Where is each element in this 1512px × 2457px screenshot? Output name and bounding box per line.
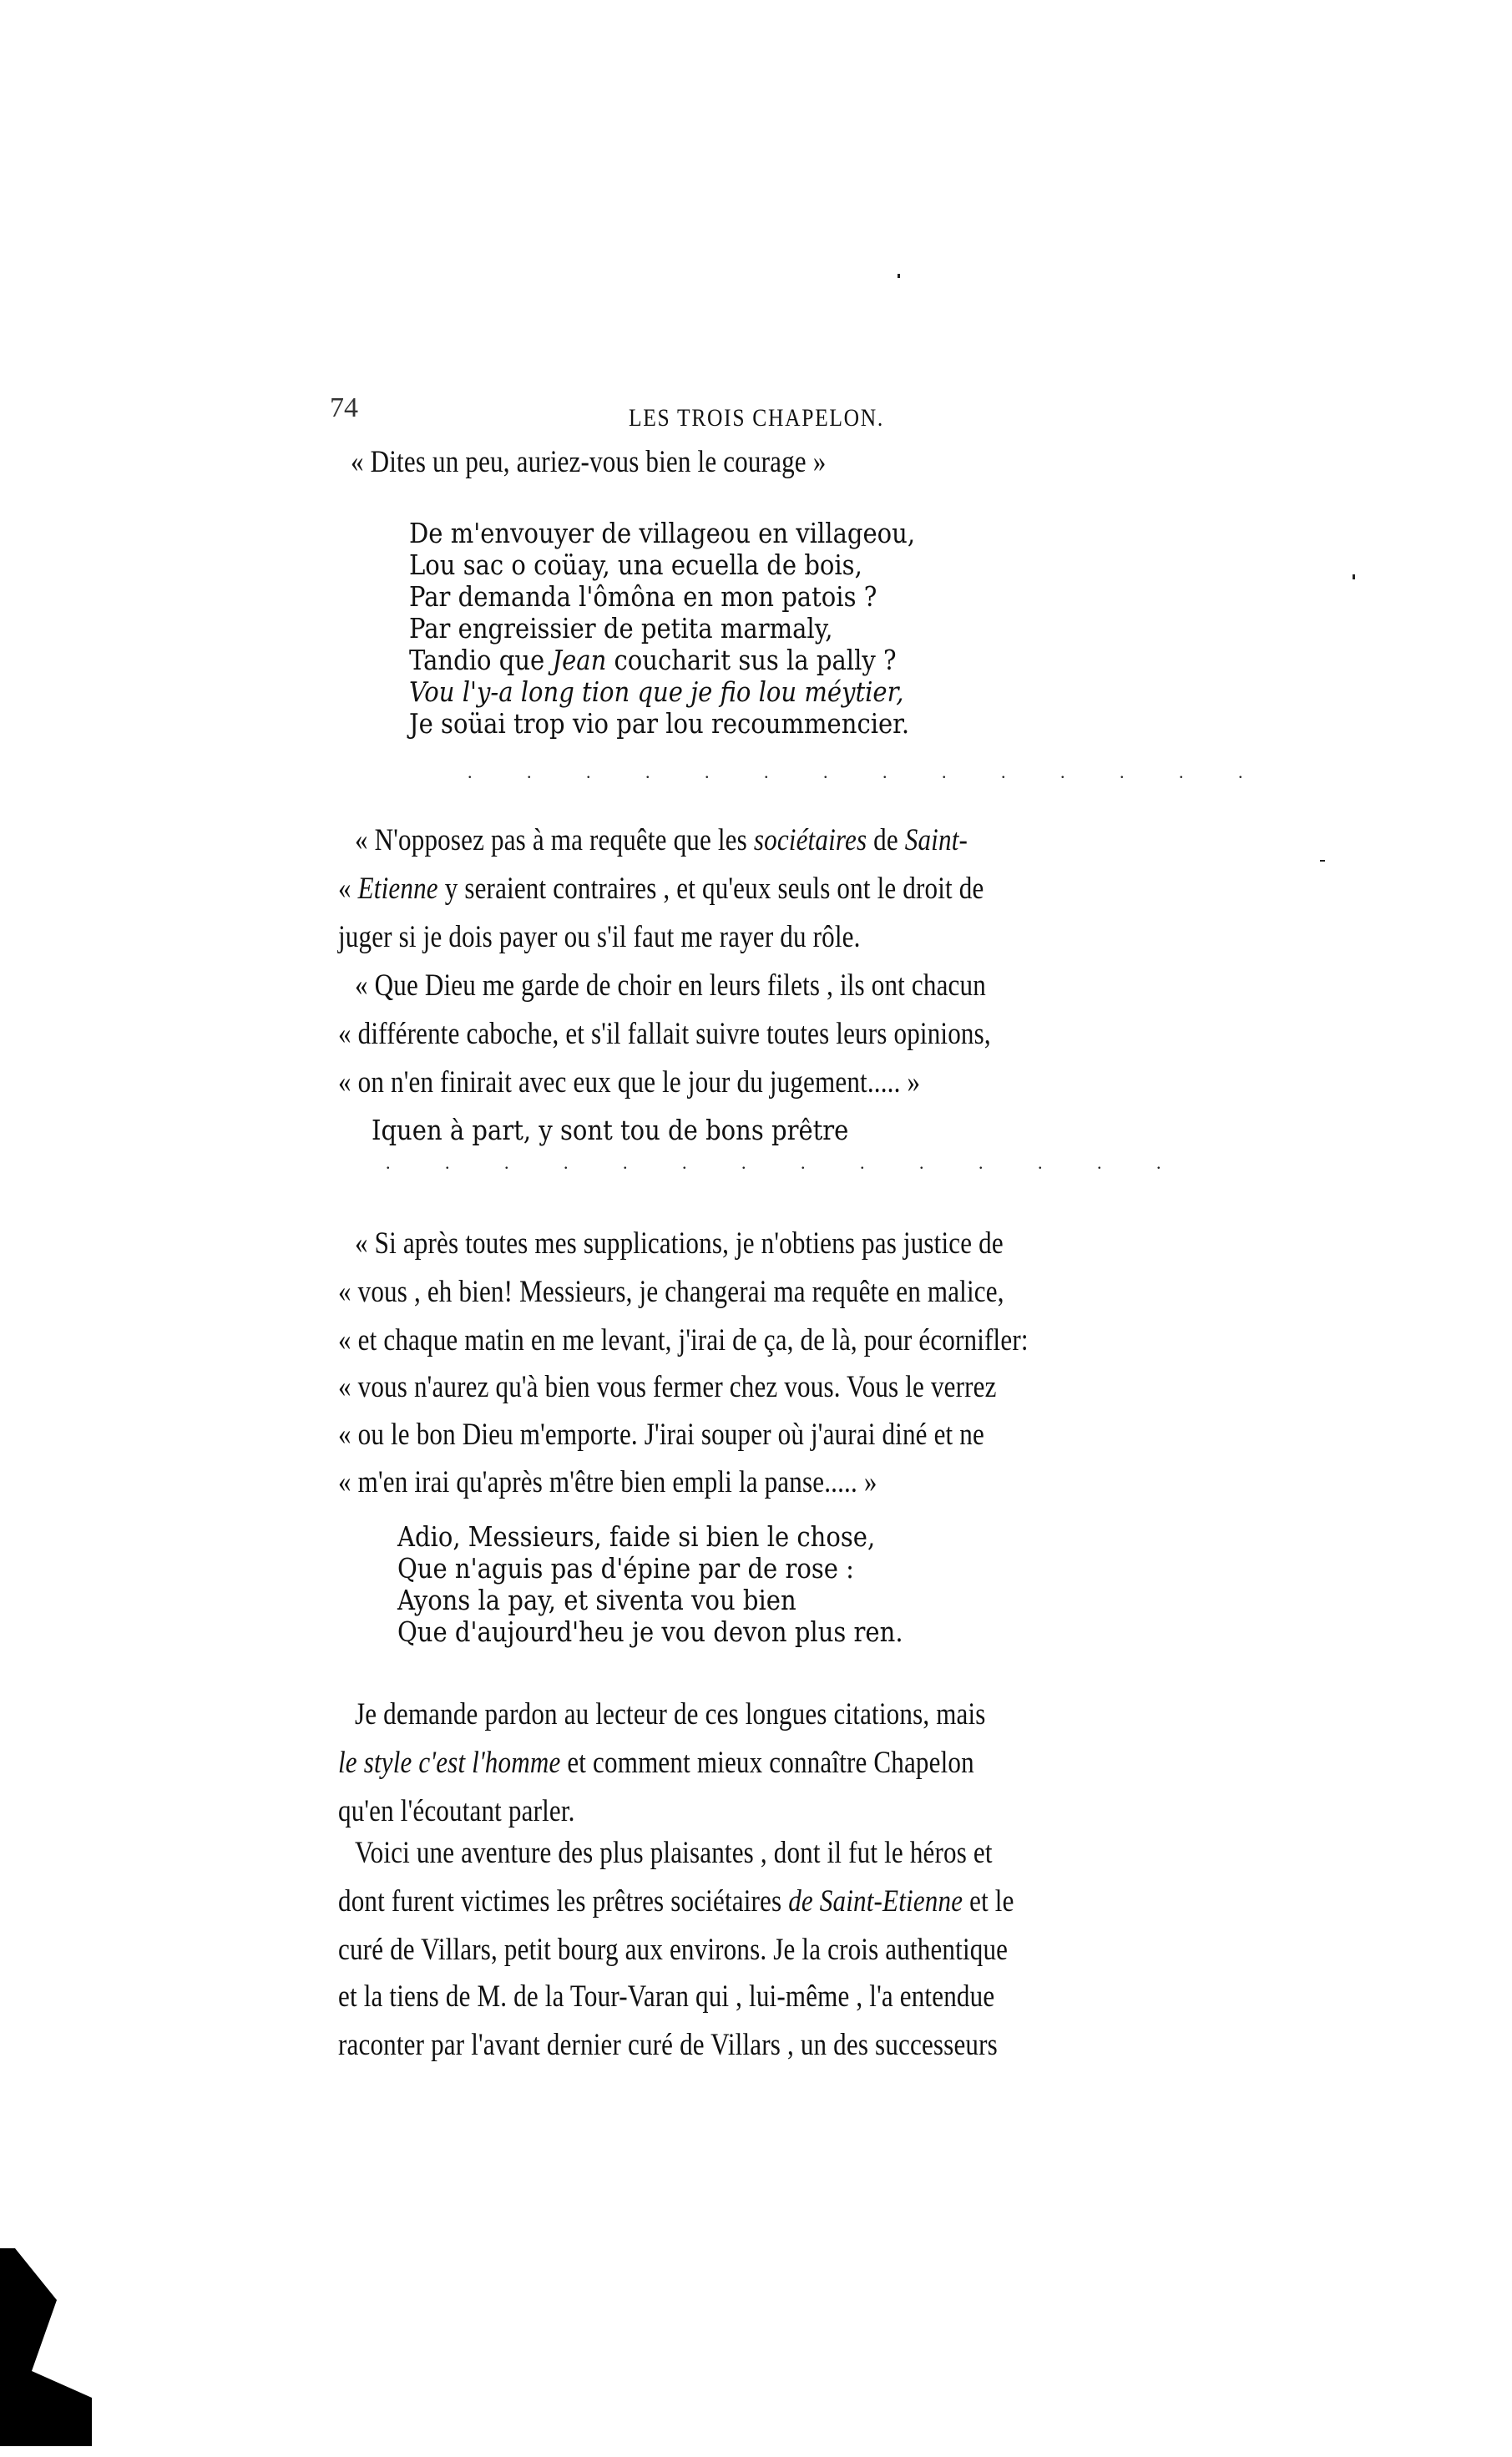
verse-line: Ayons la pay, et siventa vou bien	[397, 1585, 903, 1616]
prose-line: Je demande pardon au lecteur de ces long…	[355, 1696, 986, 1732]
verse-line: Par engreissier de petita marmaly,	[409, 613, 915, 645]
verse-block-3: Adio, Messieurs, faide si bien le chose,…	[397, 1521, 903, 1648]
prose-line: « m'en irai qu'après m'être bien empli l…	[338, 1464, 877, 1500]
emphasis: Jean	[552, 644, 606, 676]
prose-line: le style c'est l'homme et comment mieux …	[338, 1745, 974, 1781]
prose-line: raconter par l'avant dernier curé de Vil…	[338, 2027, 998, 2063]
prose-line: juger si je dois payer ou s'il faut me r…	[338, 919, 861, 955]
prose-line: « vous , eh bien! Messieurs, je changera…	[338, 1274, 1004, 1310]
ellipsis-row: . . . . . . . . . . . . . .	[386, 1152, 1186, 1174]
prose-line: « et chaque matin en me levant, j'irai d…	[338, 1322, 1029, 1358]
verse-line: Vou l'y-a long tion que je fio lou méyti…	[409, 676, 915, 708]
prose-line: curé de Villars, petit bourg aux environ…	[338, 1932, 1008, 1968]
quote-line: « Dites un peu, auriez-vous bien le cour…	[351, 444, 826, 480]
ellipsis-row: . . . . . . . . . . . . . .	[468, 761, 1268, 783]
scan-speck	[1320, 860, 1325, 862]
prose-line: et la tiens de M. de la Tour-Varan qui ,…	[338, 1979, 994, 2015]
prose-line: Voici une aventure des plus plaisantes ,…	[355, 1835, 993, 1871]
verse-line: Iquen à part, y sont tou de bons prêtre	[372, 1115, 848, 1146]
prose-line: « ou le bon Dieu m'emporte. J'irai soupe…	[338, 1417, 984, 1453]
prose-line: « Que Dieu me garde de choir en leurs fi…	[355, 968, 986, 1004]
verse-block-1: De m'envouyer de villageou en villageou,…	[409, 518, 915, 740]
verse-line: Lou sac o coüay, una ecuella de bois,	[409, 549, 915, 581]
scan-speck	[1353, 574, 1355, 579]
verse-line: Par demanda l'ômôna en mon patois ?	[409, 581, 915, 613]
running-head: LES TROIS CHAPELON.	[629, 404, 884, 432]
verse-line: Je soüai trop vio par lou recoummencier.	[409, 708, 915, 740]
prose-line: « vous n'aurez qu'à bien vous fermer che…	[338, 1369, 997, 1405]
prose-line: « différente caboche, et s'il fallait su…	[338, 1016, 991, 1052]
prose-line: « Si après toutes mes supplications, je …	[355, 1226, 1004, 1261]
verse-line: Que n'aguis pas d'épine par de rose :	[397, 1553, 903, 1585]
verse-line: Adio, Messieurs, faide si bien le chose,	[397, 1521, 903, 1553]
prose-line: « on n'en finirait avec eux que le jour …	[338, 1064, 920, 1100]
verse-line: Que d'aujourd'heu je vou devon plus ren.	[397, 1616, 903, 1648]
scan-speck	[898, 274, 900, 278]
prose-line: qu'en l'écoutant parler.	[338, 1793, 575, 1829]
emphasis: Vou l'y-a long tion que je fio lou méyti…	[409, 675, 904, 708]
prose-line: « Etienne y seraient contraires , et qu'…	[338, 871, 984, 907]
verse-line: Tandio que Jean coucharit sus la pally ?	[409, 645, 915, 676]
prose-line: dont furent victimes les prêtres sociéta…	[338, 1883, 1014, 1919]
verse-line: De m'envouyer de villageou en villageou,	[409, 518, 915, 549]
page-number: 74	[330, 392, 358, 424]
scan-artifact	[0, 2212, 100, 2457]
prose-line: « N'opposez pas à ma requête que les soc…	[355, 822, 968, 858]
